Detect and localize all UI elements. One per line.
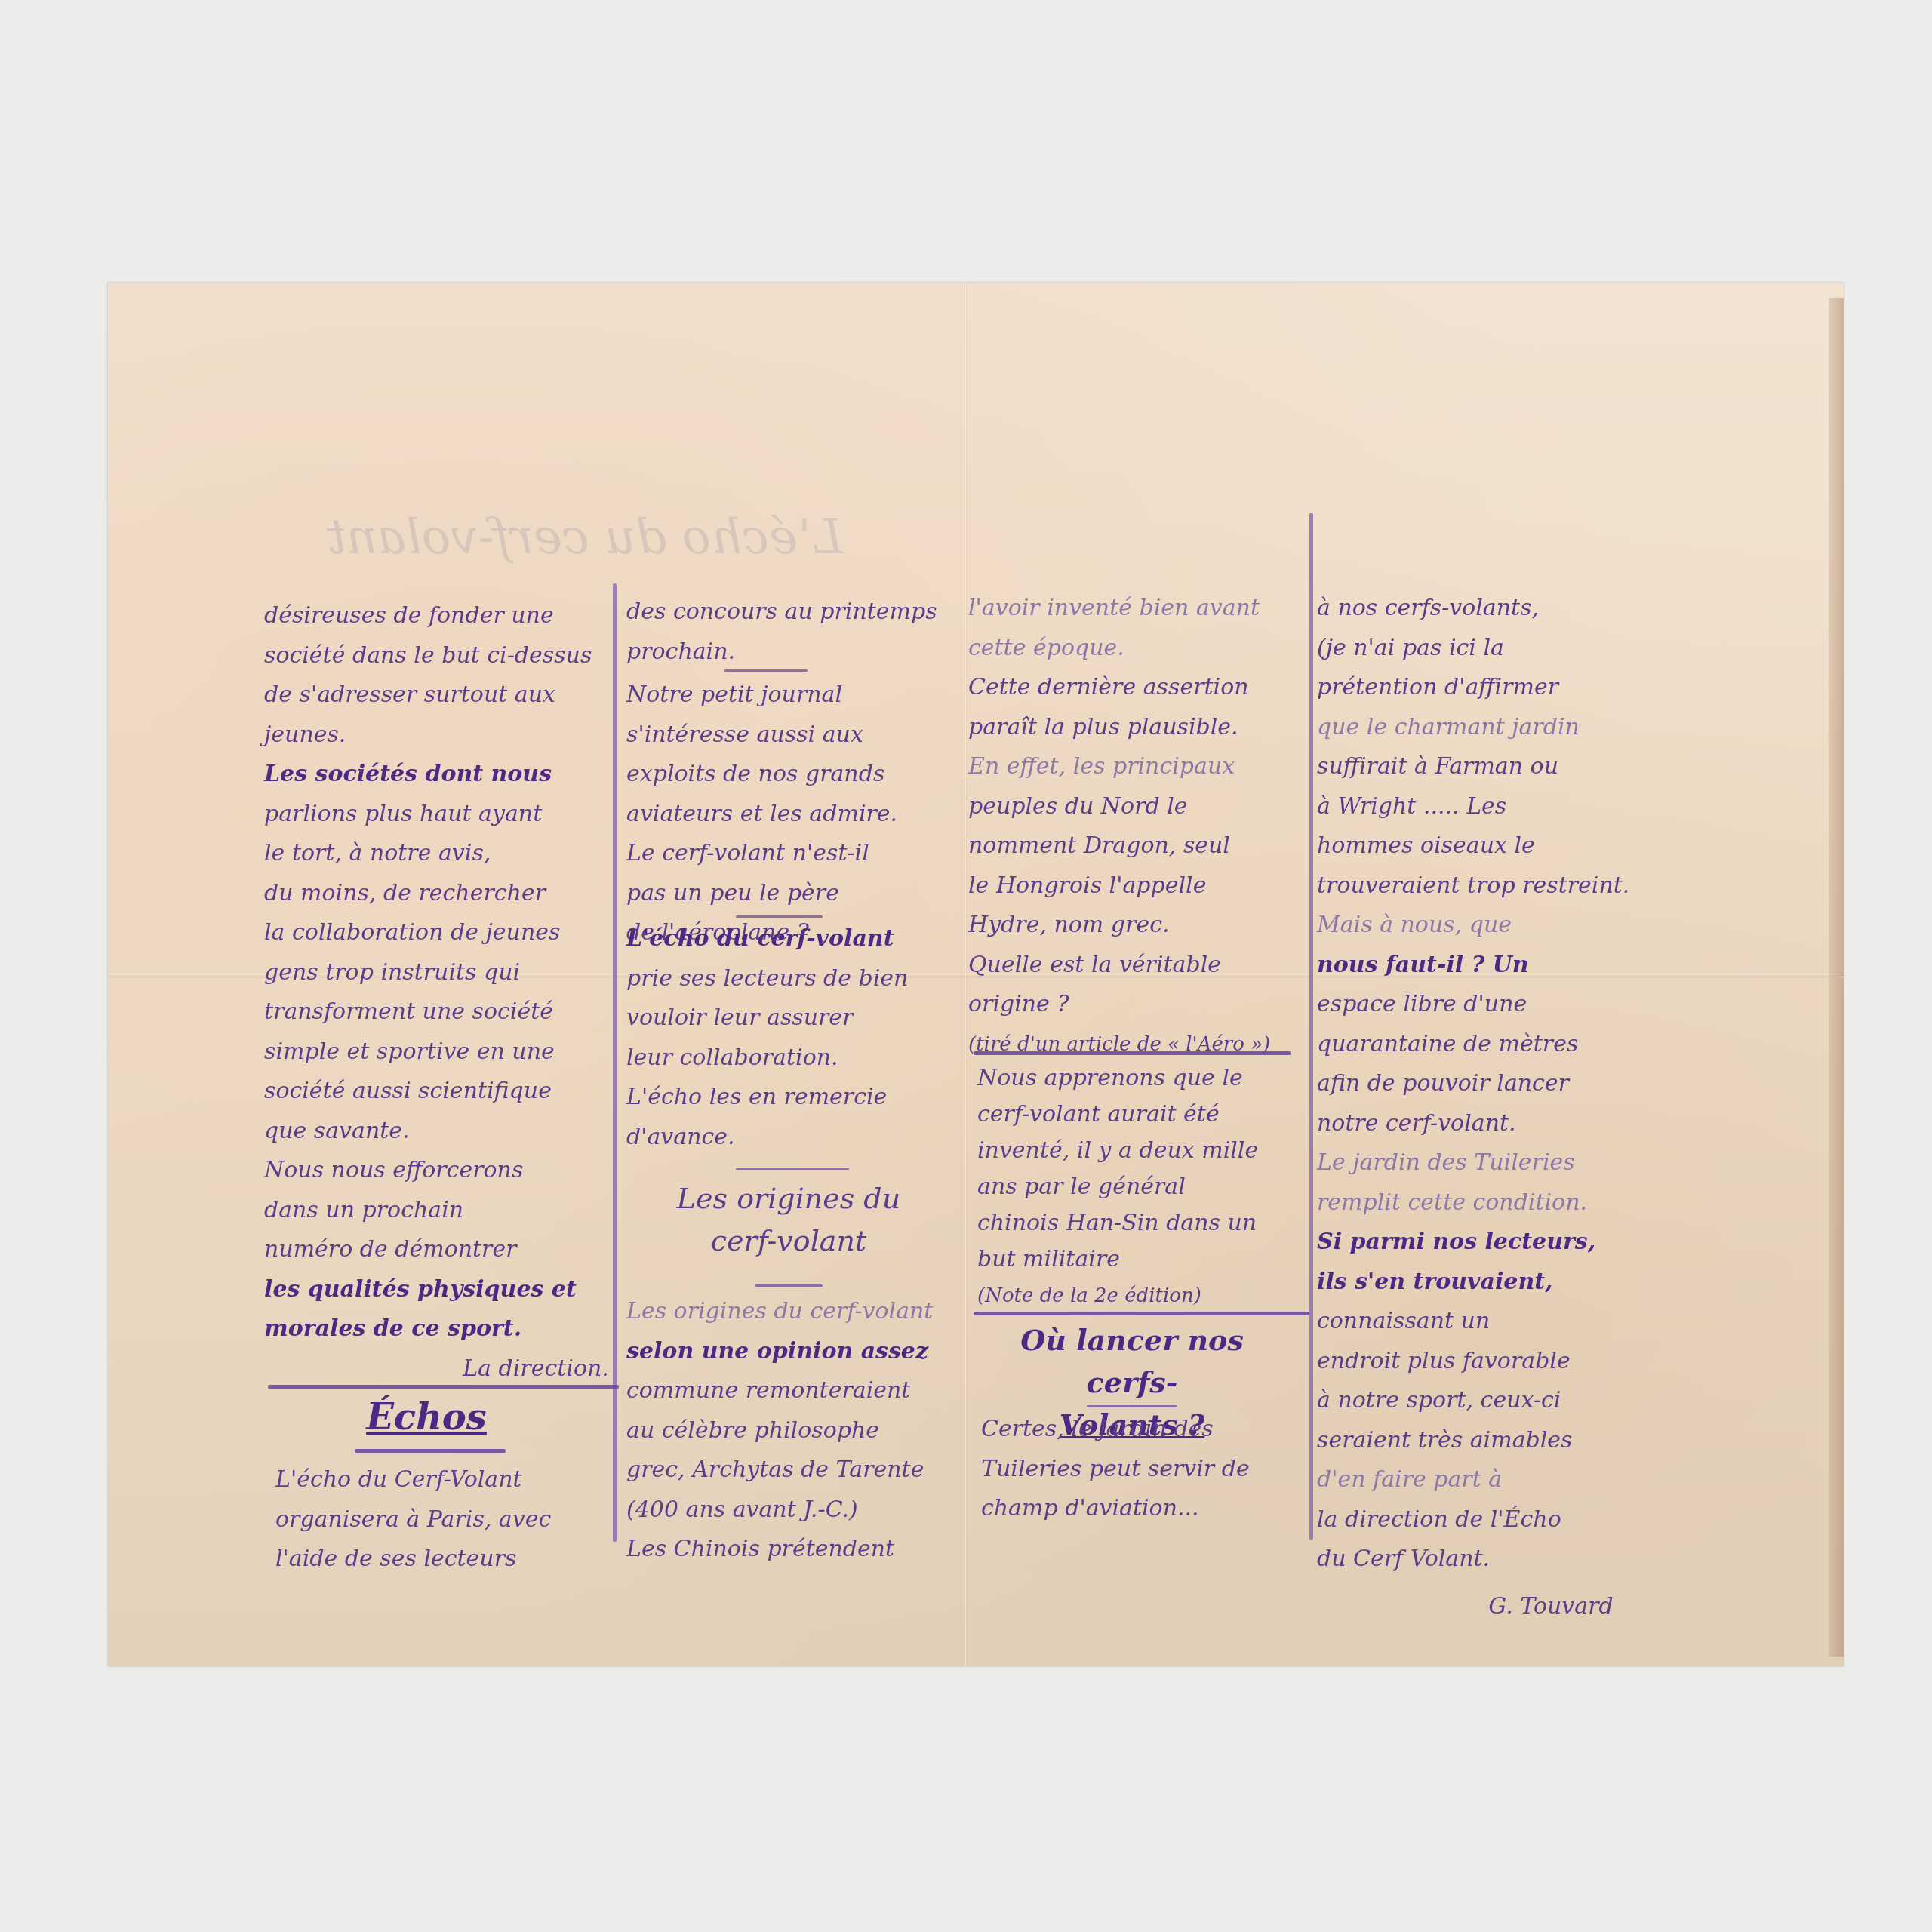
article-title-line-1: Les origines du: [626, 1177, 951, 1220]
text-line: Le jardin des Tuileries: [1317, 1143, 1740, 1183]
text-line: (je n'ai pas ici la: [1317, 629, 1740, 669]
text-line: seraient très aimables: [1317, 1421, 1740, 1461]
heading-underline: [755, 1284, 823, 1287]
text-line: Si parmi nos lecteurs,: [1317, 1223, 1740, 1263]
text-line: trouveraient trop restreint.: [1317, 866, 1740, 906]
text-line: d'en faire part à: [1317, 1460, 1740, 1500]
show-through-title: L'écho du cerf-volant: [327, 509, 843, 565]
text-line: espace libre d'une: [1317, 985, 1740, 1025]
text-line: du Cerf Volant.: [1317, 1540, 1740, 1580]
article-title-line-2: cerf-volant: [626, 1220, 951, 1262]
text-line: hommes oiseaux le: [1317, 826, 1740, 866]
text-line: nous faut-il ? Un: [1317, 946, 1740, 986]
text-line: afin de pouvoir lancer: [1317, 1064, 1740, 1104]
heading-underline: [1087, 1405, 1177, 1407]
section-rule: [736, 1168, 849, 1170]
text-line: connaissant un: [1317, 1302, 1740, 1342]
text-line: prétention d'affirmer: [1317, 668, 1740, 708]
text-line: remplit cette condition.: [1317, 1183, 1740, 1223]
text-line: ils s'en trouvaient,: [1317, 1263, 1740, 1303]
column-4: à nos cerfs-volants, (je n'ai pas ici la…: [1317, 589, 1740, 1626]
text-line: suffirait à Farman ou: [1317, 747, 1740, 787]
text-line: que le charmant jardin: [1317, 708, 1740, 748]
text-line: Mais à nous, que: [1317, 906, 1740, 946]
text-line: à Wright ..... Les: [1317, 787, 1740, 827]
text-line: Les Chinois prétendent: [626, 1530, 1079, 1570]
paragraph-rule: [736, 915, 823, 918]
box-bottom-rule: [974, 1312, 1309, 1315]
section-heading-echos: Échos: [264, 1396, 619, 1438]
text-line: à nos cerfs-volants,: [1317, 589, 1740, 629]
section-rule: [268, 1385, 619, 1389]
text-line: la direction de l'Écho: [1317, 1500, 1740, 1540]
echos-section: Échos: [264, 1396, 619, 1438]
paragraph-rule: [724, 669, 808, 672]
heading-underline: [355, 1449, 506, 1453]
text-line: notre cerf-volant.: [1317, 1104, 1740, 1144]
article-title-line-1: Où lancer nos cerfs-: [974, 1319, 1291, 1404]
author-signature: G. Touvard: [1317, 1587, 1740, 1627]
text-line: endroit plus favorable: [1317, 1342, 1740, 1382]
text-line: à notre sport, ceux-ci: [1317, 1381, 1740, 1421]
origins-article: Les origines du cerf-volant: [626, 1177, 951, 1262]
box-top-rule: [974, 1051, 1291, 1055]
text-line: quarantaine de mètres: [1317, 1025, 1740, 1065]
